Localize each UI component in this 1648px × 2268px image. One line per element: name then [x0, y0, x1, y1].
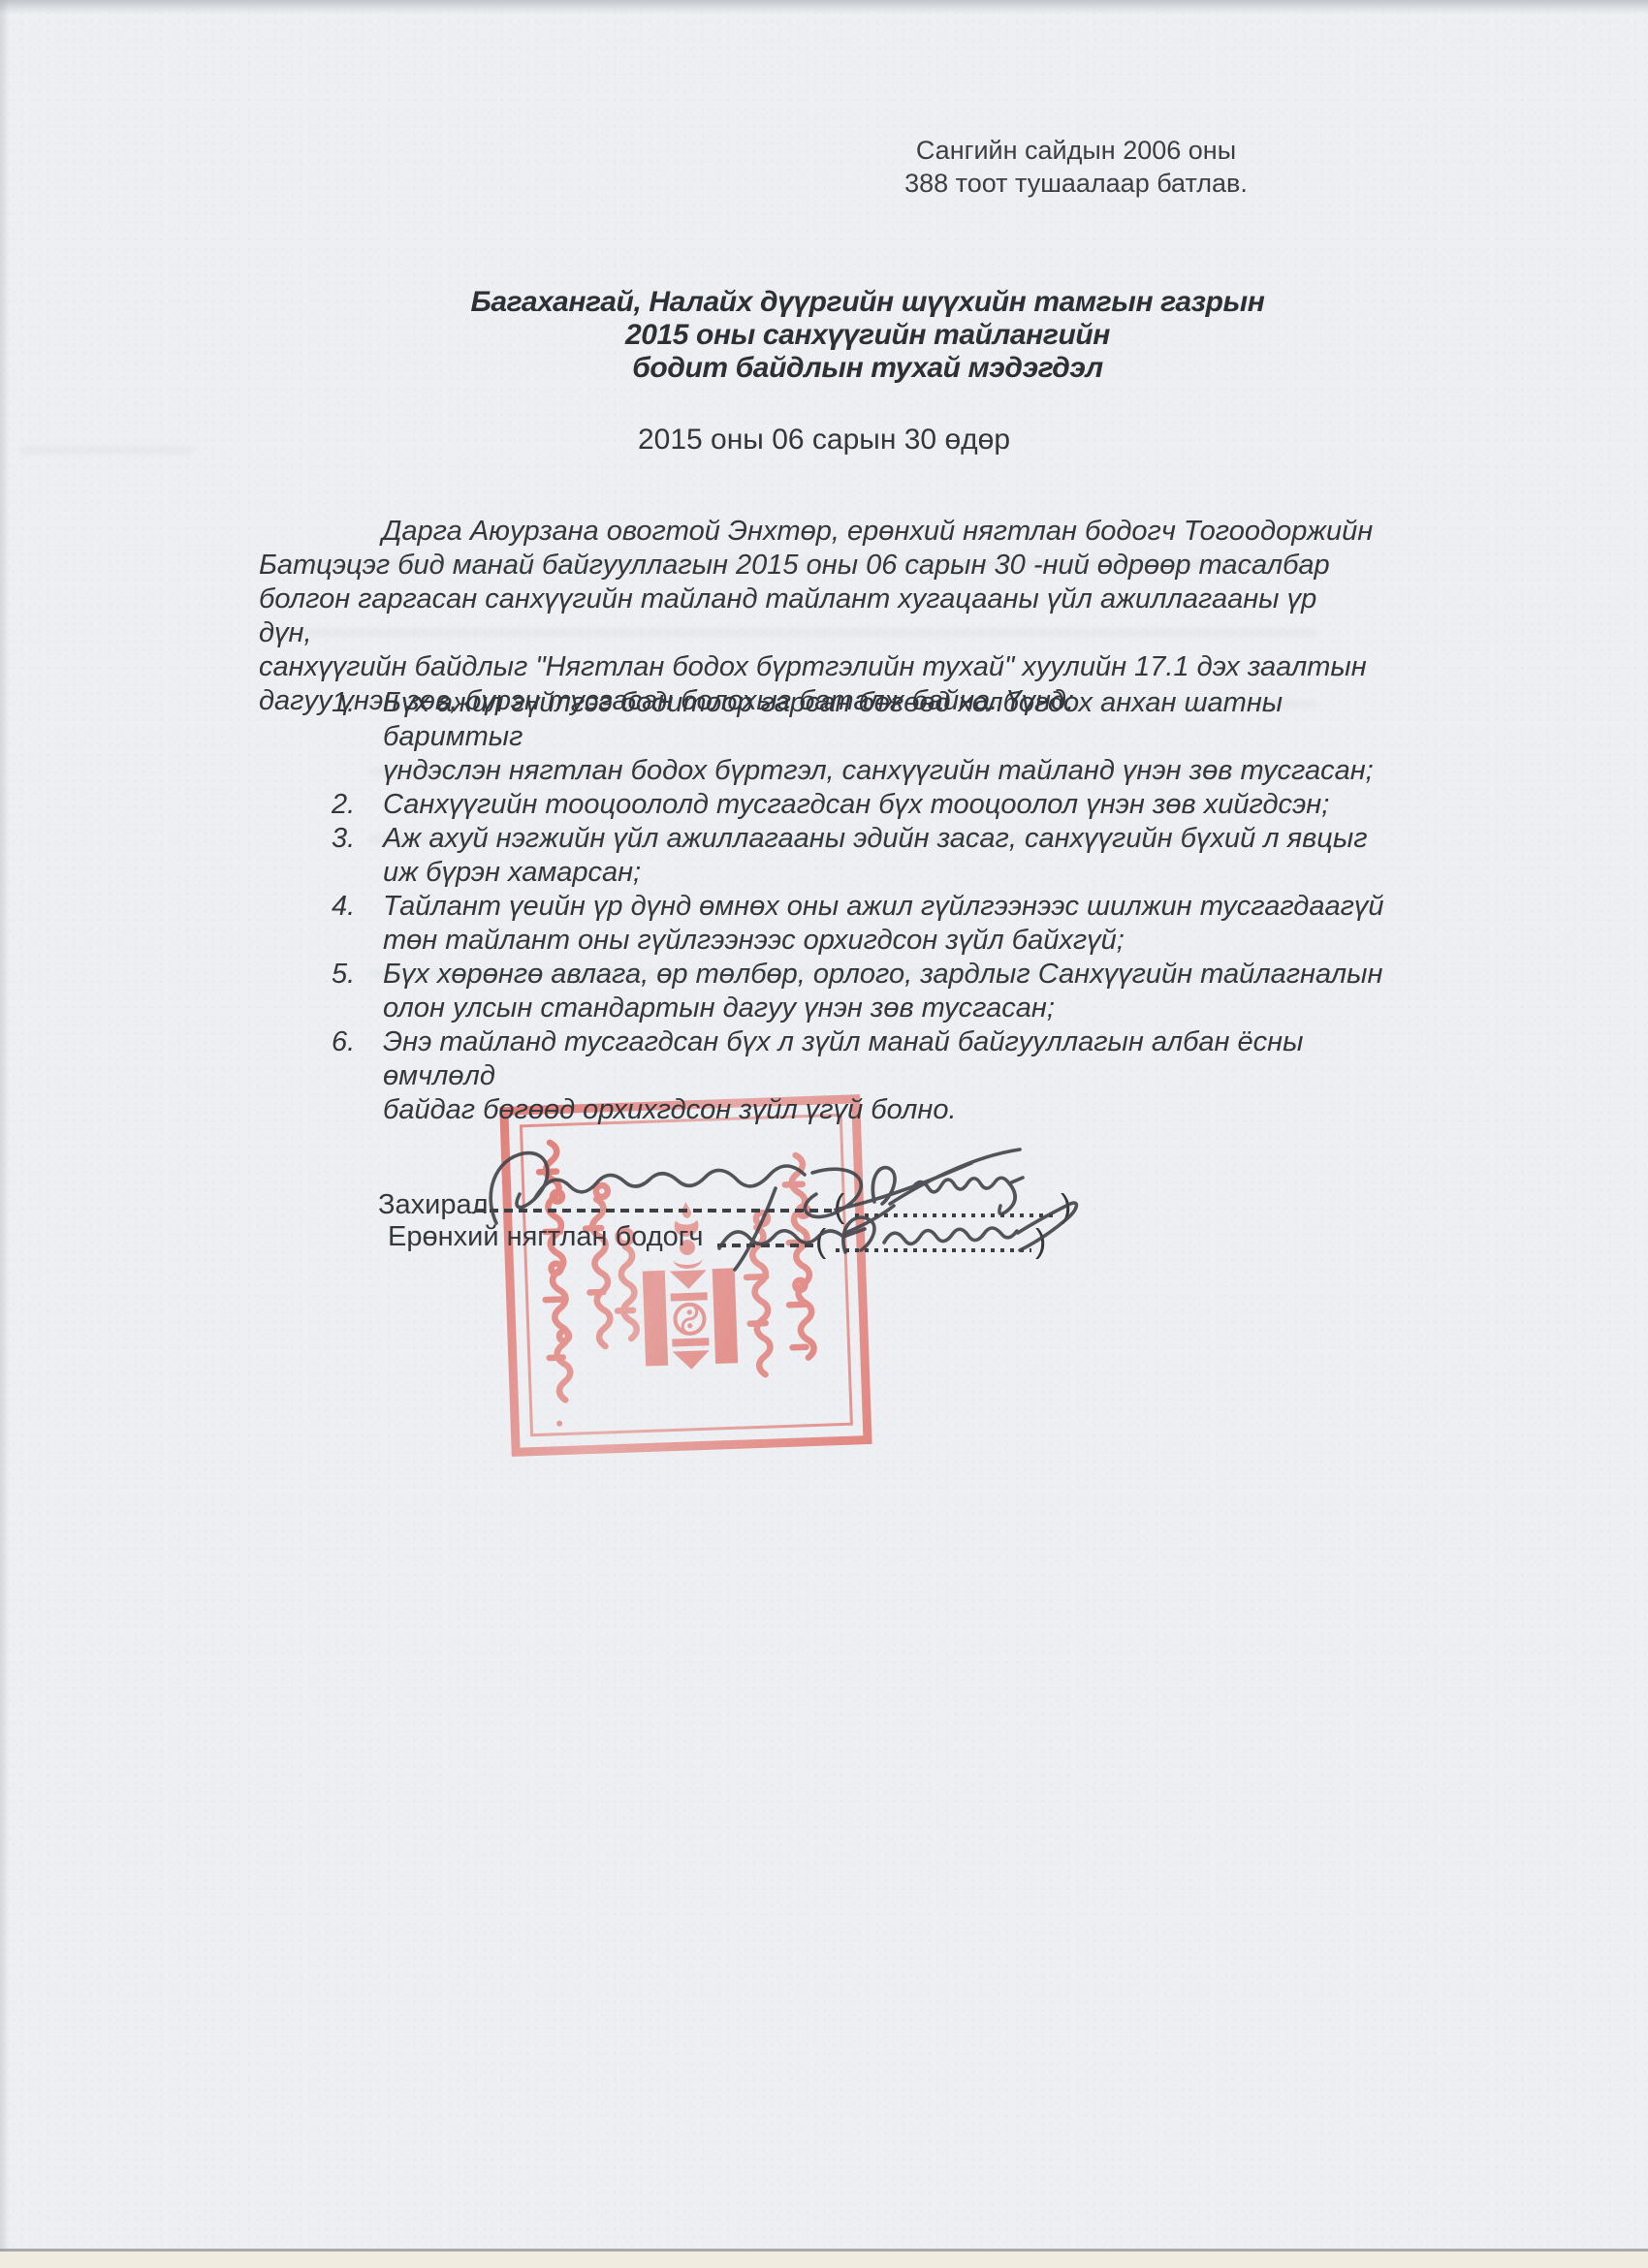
- list-item-number: 5.: [332, 958, 383, 1025]
- list-item-number: 3.: [332, 822, 383, 890]
- list-item: 2. Санхүүгийн тооцоололд тусгагдсан бүх …: [332, 788, 1388, 822]
- scan-left-shadow: [0, 0, 10, 2268]
- list-item-number: 6.: [332, 1025, 383, 1127]
- signature-label-accountant: Ерөнхий нягтлан бодогч: [388, 1221, 703, 1253]
- mongol-script-column: [745, 1213, 774, 1375]
- title-line-3: бодит байдлын тухай мэдэгдэл: [242, 352, 1493, 385]
- paragraph-line: болгон гаргасан санхүүгийн тайланд тайла…: [259, 583, 1374, 650]
- list-item: 1. Бүх ажил гүйлгээ бодитоор гарсан бөгө…: [332, 686, 1388, 788]
- document-title: Багахангай, Налайх дүүргийн шүүхийн тамг…: [242, 286, 1493, 385]
- list-item-line: байдаг бөгөөд орхихгдсон зүйл үгүй болно…: [383, 1093, 1388, 1127]
- paren-close: ): [1061, 1188, 1071, 1226]
- list-item-line: Санхүүгийн тооцоололд тусгагдсан бүх тоо…: [383, 788, 1388, 822]
- list-item-line: иж бүрэн хамарсан;: [383, 856, 1388, 890]
- approval-note: Сангийн сайдын 2006 оны 388 тоот тушаала…: [872, 134, 1280, 200]
- declaration-list: 1. Бүх ажил гүйлгээ бодитоор гарсан бөгө…: [332, 686, 1388, 1127]
- signature-dotted-line: [855, 1213, 1057, 1217]
- list-item: 3. Аж ахуй нэгжийн үйл ажиллагааны эдийн…: [332, 822, 1388, 890]
- soyombo-yinyang: [675, 1304, 705, 1334]
- mongol-script-column: [538, 1142, 572, 1427]
- list-item-number: 1.: [332, 686, 383, 788]
- list-item-line: Бүх хөрөнгө авлага, өр төлбөр, орлого, з…: [383, 958, 1388, 992]
- scan-top-shadow: [0, 0, 1648, 14]
- list-item-line: Энэ тайланд тусгагдсан бүх л зүйл манай …: [383, 1025, 1388, 1093]
- list-item: 6. Энэ тайланд тусгагдсан бүх л зүйл ман…: [332, 1025, 1388, 1127]
- scanner-bed-strip: [0, 2252, 1648, 2268]
- signature-dash-line: [475, 1209, 832, 1213]
- approval-line-2: 388 тоот тушаалаар батлав.: [872, 167, 1280, 200]
- list-item-line: Аж ахуй нэгжийн үйл ажиллагааны эдийн за…: [383, 822, 1388, 856]
- title-line-1: Багахангай, Налайх дүүргийн шүүхийн тамг…: [242, 286, 1493, 319]
- handwritten-name-director: [872, 1150, 1023, 1213]
- list-item-line: Бүх ажил гүйлгээ бодитоор гарсан бөгөөд …: [383, 686, 1388, 754]
- paren-open: (: [834, 1188, 844, 1226]
- mongol-script-column: [784, 1155, 814, 1359]
- paren-close: ): [1035, 1223, 1046, 1261]
- paragraph-line: Батцэцэг бид манай байгууллагын 2015 оны…: [259, 549, 1374, 583]
- approval-line-1: Сангийн сайдын 2006 оны: [872, 134, 1280, 167]
- list-item-number: 2.: [332, 788, 383, 822]
- list-item-number: 4.: [332, 890, 383, 958]
- paren-open: (: [815, 1223, 826, 1261]
- signature-dash-line: [717, 1244, 814, 1247]
- list-item-line: үндэслэн нягтлан бодох бүртгэл, санхүүги…: [383, 754, 1388, 788]
- paragraph-line: Дарга Аюурзана овогтой Энхтөр, ерөнхий н…: [259, 515, 1374, 549]
- signature-label-director: Захирал: [378, 1189, 489, 1221]
- title-line-2: 2015 оны санхүүгийн тайлангийн: [242, 319, 1493, 352]
- stamp-graphic: [498, 1093, 875, 1463]
- list-item: 4. Тайлант үеийн үр дүнд өмнөх оны ажил …: [332, 890, 1388, 958]
- official-stamp: [498, 1093, 875, 1463]
- paragraph-line: санхүүгийн байдлыг "Нягтлан бодох бүртгэ…: [259, 650, 1374, 684]
- list-item: 5. Бүх хөрөнгө авлага, өр төлбөр, орлого…: [332, 958, 1388, 1025]
- list-item-line: Тайлант үеийн үр дүнд өмнөх оны ажил гүй…: [383, 890, 1388, 924]
- list-item-line: олон улсын стандартын дагуу үнэн зөв тус…: [383, 992, 1388, 1025]
- document-date: 2015 оны 06 сарын 30 өдөр: [0, 424, 1648, 457]
- scanned-document-page: Сангийн сайдын 2006 оны 388 тоот тушаала…: [0, 0, 1648, 2268]
- signature-dotted-line: [836, 1248, 1031, 1252]
- list-item-line: төн тайлант оны гүйлгээнээс орхигдсон зү…: [383, 924, 1388, 958]
